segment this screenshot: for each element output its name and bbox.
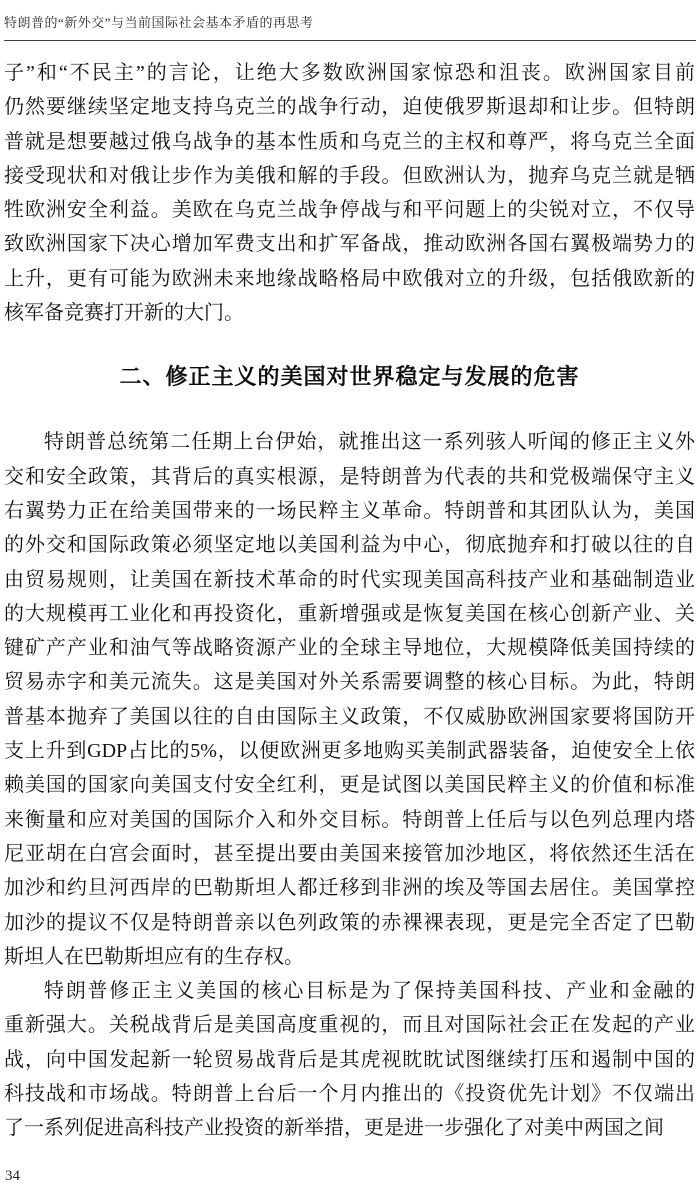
text-line: 牲欧洲安全利益。美欧在乌克兰战争停战与和平问题上的尖锐对立，不仅导 bbox=[4, 193, 695, 227]
text-line: 子”和“不民主”的言论，让绝大多数欧洲国家惊恐和沮丧。欧洲国家目前 bbox=[4, 56, 695, 90]
text-line: 由贸易规则，让美国在新技术革命的时代实现美国高科技产业和基础制造业 bbox=[4, 563, 695, 597]
page-header: 特朗普的“新外交”与当前国际社会基本矛盾的再思考 bbox=[0, 0, 700, 41]
paragraph: 特朗普修正主义美国的核心目标是为了保持美国科技、产业和金融的重新强大。关税战背后… bbox=[4, 974, 695, 1145]
paragraph: 特朗普总统第二任期上台伊始，就推出这一系列骇人听闻的修正主义外交和安全政策，其背… bbox=[4, 425, 695, 974]
text-line: 的大规模再工业化和再投资化，重新增强或是恢复美国在核心创新产业、关 bbox=[4, 597, 695, 631]
text-line: 赖美国的国家向美国支付安全红利，更是试图以美国民粹主义的价值和标准 bbox=[4, 768, 695, 802]
article-body: 子”和“不民主”的言论，让绝大多数欧洲国家惊恐和沮丧。欧洲国家目前仍然要继续坚定… bbox=[0, 56, 700, 1146]
text-line: 致欧洲国家下决心增加军费支出和扩军备战，推动欧洲各国右翼极端势力的 bbox=[4, 227, 695, 261]
text-line: 核军备竞赛打开新的大门。 bbox=[4, 296, 695, 330]
page-footer: 34 bbox=[5, 1167, 20, 1185]
text-line: 来衡量和应对美国的国际介入和外交目标。特朗普上任后与以色列总理内塔 bbox=[4, 803, 695, 837]
text-line: 重新强大。关税战背后是美国高度重视的，而且对国际社会正在发起的产业 bbox=[4, 1008, 695, 1042]
text-line: 尼亚胡在白宫会面时，甚至提出要由美国来接管加沙地区，将依然还生活在 bbox=[4, 837, 695, 871]
text-line: 贸易赤字和美元流失。这是美国对外关系需要调整的核心目标。为此，特朗 bbox=[4, 665, 695, 699]
text-line: 普就是想要越过俄乌战争的基本性质和乌克兰的主权和尊严，将乌克兰全面 bbox=[4, 125, 695, 159]
text-line: 的外交和国际政策必须坚定地以美国利益为中心，彻底抛弃和打破以往的自 bbox=[4, 528, 695, 562]
section-heading: 二、修正主义的美国对世界稳定与发展的危害 bbox=[4, 362, 695, 392]
text-line: 接受现状和对俄让步作为美俄和解的手段。但欧洲认为，抛弃乌克兰就是牺 bbox=[4, 159, 695, 193]
text-line: 加沙和约旦河西岸的巴勒斯坦人都迁移到非洲的埃及等国去居住。美国掌控 bbox=[4, 871, 695, 905]
text-line: 特朗普修正主义美国的核心目标是为了保持美国科技、产业和金融的 bbox=[4, 974, 695, 1008]
header-rule bbox=[4, 40, 696, 41]
text-line: 特朗普总统第二任期上台伊始，就推出这一系列骇人听闻的修正主义外 bbox=[4, 425, 695, 459]
text-line: 战，向中国发起新一轮贸易战背后是其虎视眈眈试图继续打压和遏制中国的 bbox=[4, 1043, 695, 1077]
running-title: 特朗普的“新外交”与当前国际社会基本矛盾的再思考 bbox=[4, 14, 696, 31]
text-line: 键矿产产业和油气等战略资源产业的全球主导地位，大规模降低美国持续的 bbox=[4, 631, 695, 665]
text-line: 支上升到GDP占比的5%，以便欧洲更多地购买美制武器装备，迫使安全上依 bbox=[4, 734, 695, 768]
document-page: 特朗普的“新外交”与当前国际社会基本矛盾的再思考 子”和“不民主”的言论，让绝大… bbox=[0, 0, 700, 1195]
text-line: 了一系列促进高科技产业投资的新举措，更是进一步强化了对美中两国之间 bbox=[4, 1111, 695, 1145]
text-line: 加沙的提议不仅是特朗普亲以色列政策的赤裸裸表现，更是完全否定了巴勒 bbox=[4, 906, 695, 940]
paragraph: 子”和“不民主”的言论，让绝大多数欧洲国家惊恐和沮丧。欧洲国家目前仍然要继续坚定… bbox=[4, 56, 695, 330]
text-line: 上升，更有可能为欧洲未来地缘战略格局中欧俄对立的升级，包括俄欧新的 bbox=[4, 262, 695, 296]
text-line: 交和安全政策，其背后的真实根源，是特朗普为代表的共和党极端保守主义 bbox=[4, 460, 695, 494]
text-line: 仍然要继续坚定地支持乌克兰的战争行动，迫使俄罗斯退却和让步。但特朗 bbox=[4, 90, 695, 124]
text-line: 斯坦人在巴勒斯坦应有的生存权。 bbox=[4, 940, 695, 974]
text-line: 右翼势力正在给美国带来的一场民粹主义革命。特朗普和其团队认为，美国 bbox=[4, 494, 695, 528]
text-line: 科技战和市场战。特朗普上台后一个月内推出的《投资优先计划》不仅端出 bbox=[4, 1077, 695, 1111]
page-number: 34 bbox=[5, 1168, 20, 1184]
text-line: 普基本抛弃了美国以往的自由国际主义政策，不仅威胁欧洲国家要将国防开 bbox=[4, 700, 695, 734]
